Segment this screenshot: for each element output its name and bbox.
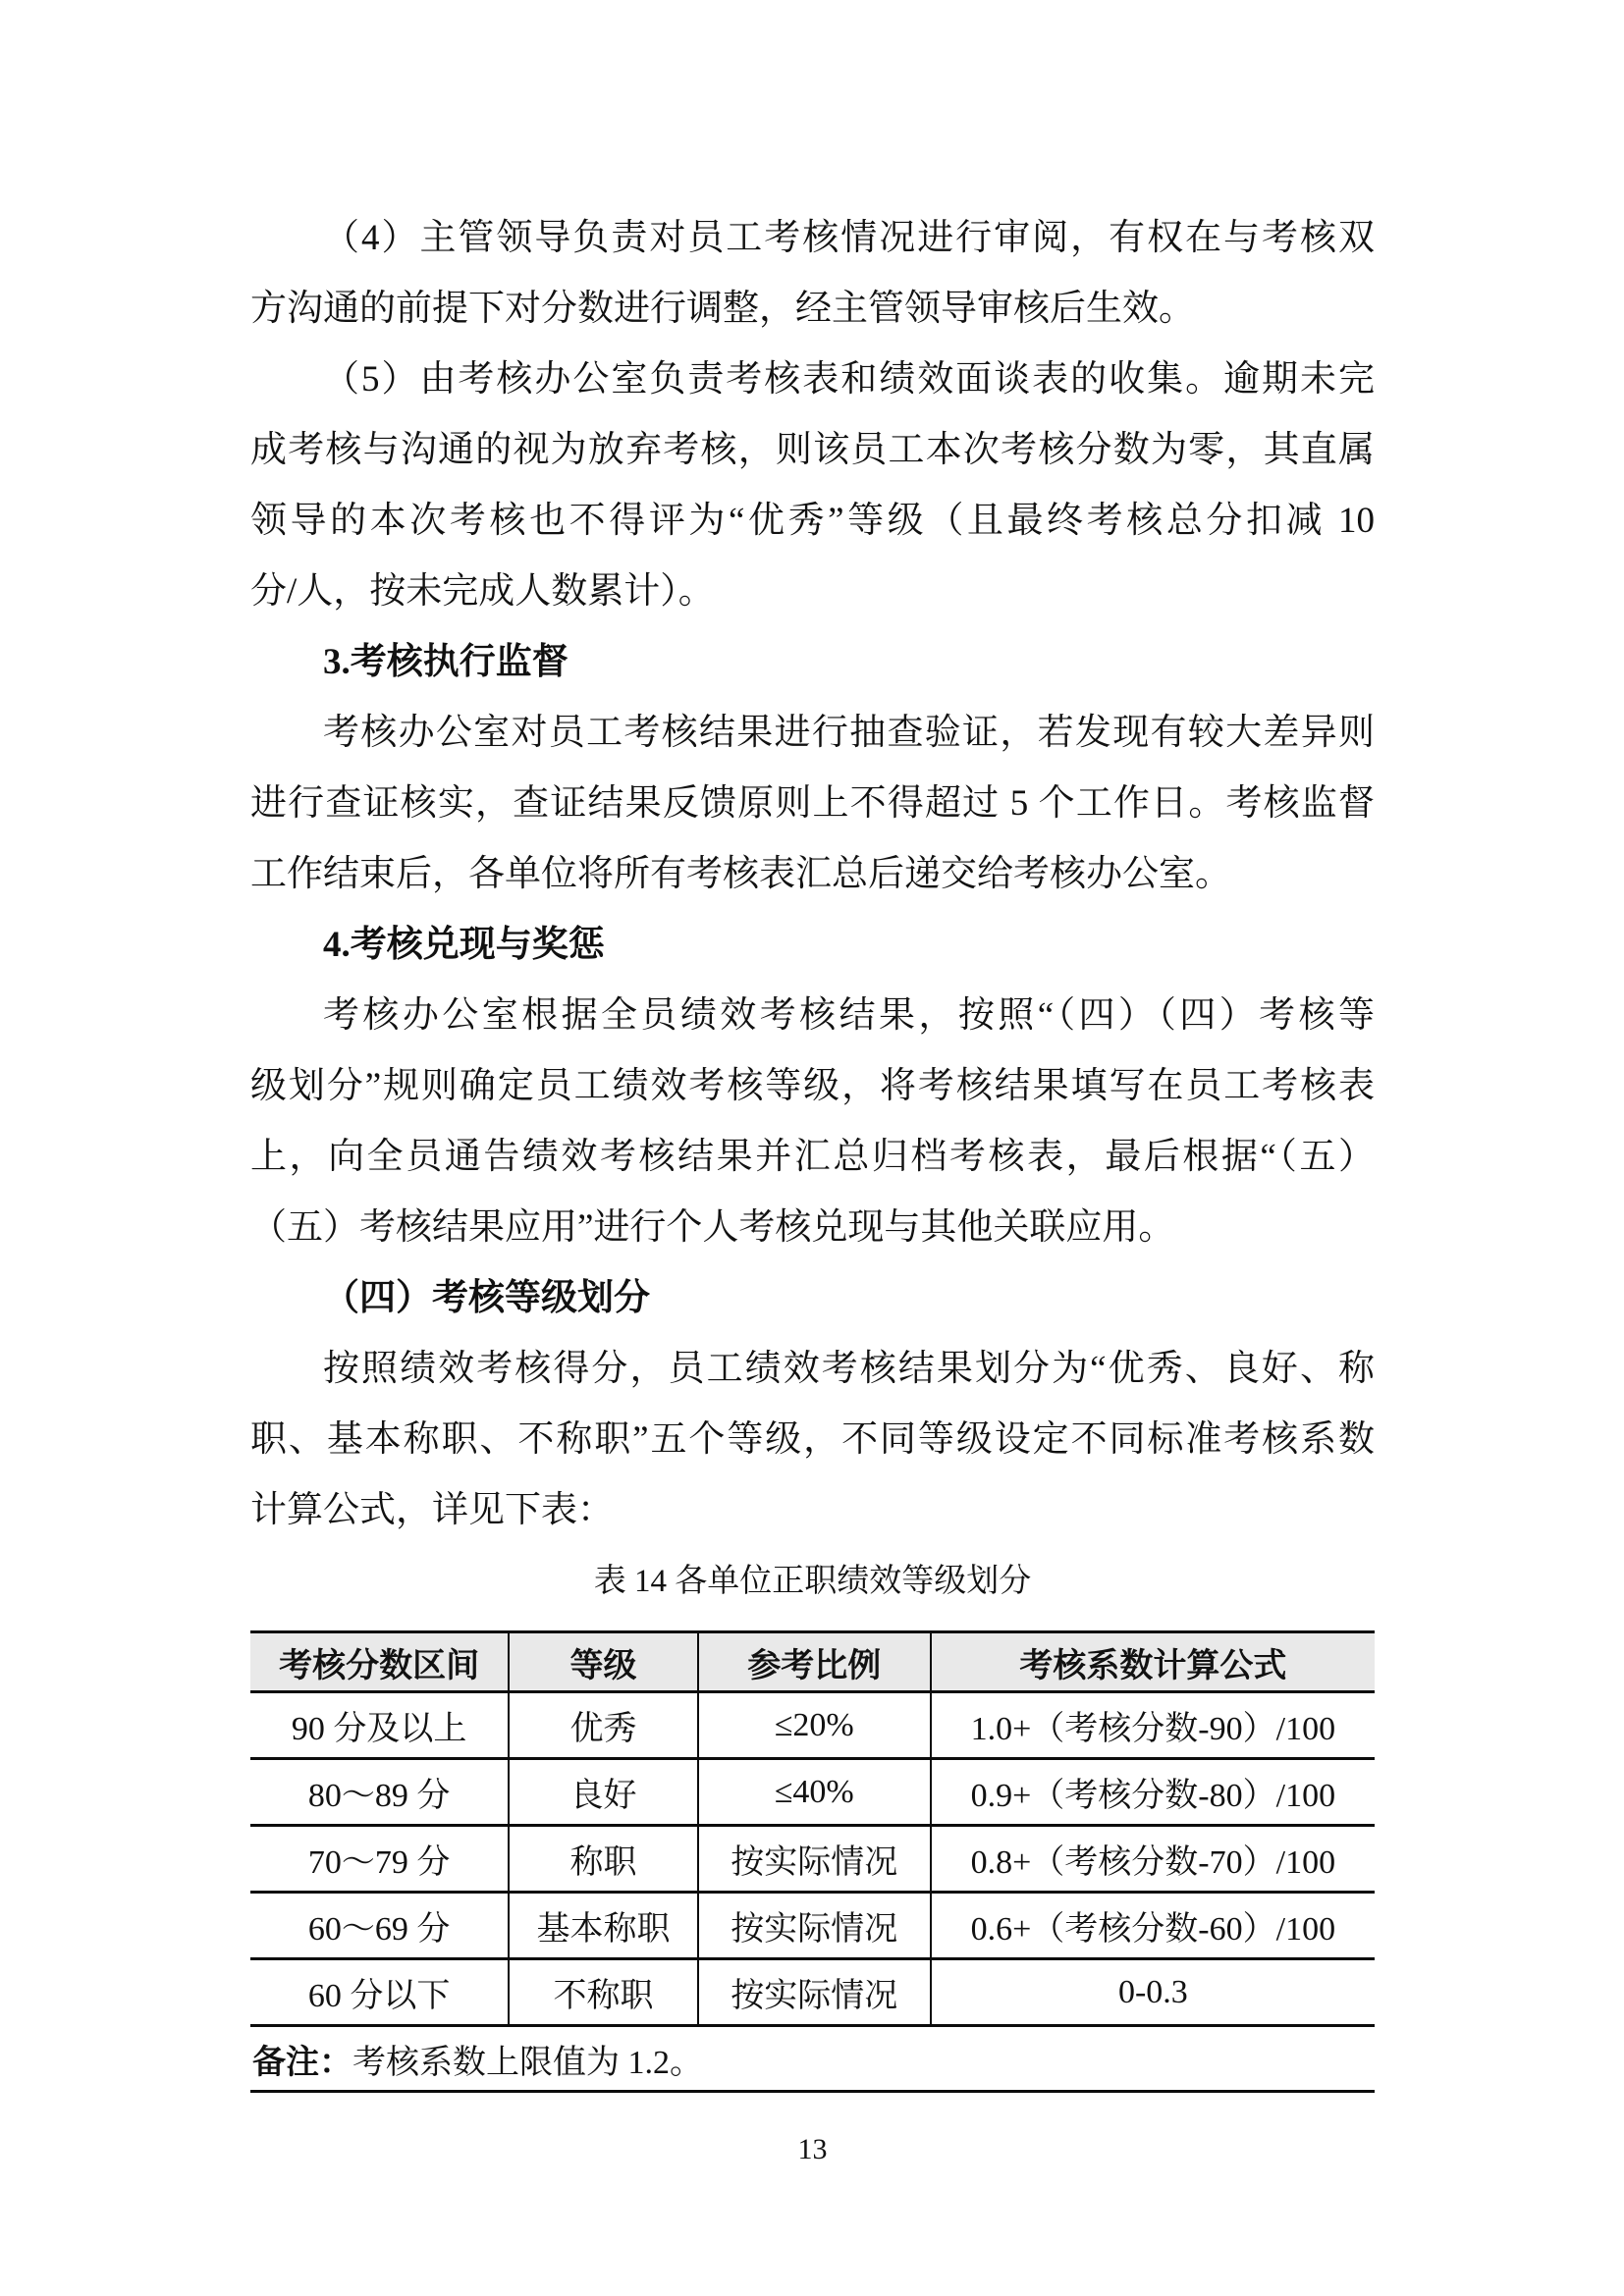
table-cell-grade: 良好 xyxy=(509,1759,697,1826)
body-line: 方沟通的前提下对分数进行调整，经主管领导审核后生效。 xyxy=(250,274,1375,345)
table-cell-ratio: ≤40% xyxy=(698,1759,931,1826)
body-line: 上，向全员通告绩效考核结果并汇总归档考核表，最后根据“（五） xyxy=(250,1122,1375,1193)
heading-execution-supervision: 3.考核执行监督 xyxy=(250,627,1375,698)
table-row: 60～69 分 基本称职 按实际情况 0.6+（考核分数-60）/100 xyxy=(250,1893,1375,1959)
table-cell-formula: 0-0.3 xyxy=(931,1959,1375,2026)
column-header-grade: 等级 xyxy=(509,1632,697,1692)
body-line: 职、基本称职、不称职”五个等级，不同等级设定不同标准考核系数 xyxy=(250,1405,1375,1475)
table-cell-ratio: ≤20% xyxy=(698,1692,931,1759)
table-row: 70～79 分 称职 按实际情况 0.8+（考核分数-70）/100 xyxy=(250,1826,1375,1893)
table-cell-score-range: 70～79 分 xyxy=(250,1826,509,1893)
table-cell-ratio: 按实际情况 xyxy=(698,1826,931,1893)
body-line: （5）由考核办公室负责考核表和绩效面谈表的收集。逾期未完 xyxy=(250,345,1375,415)
table-cell-score-range: 90 分及以上 xyxy=(250,1692,509,1759)
body-line: 计算公式，详见下表： xyxy=(250,1475,1375,1546)
body-line: 考核办公室根据全员绩效考核结果，按照“（四）（四）考核等 xyxy=(250,981,1375,1051)
table-cell-formula: 0.9+（考核分数-80）/100 xyxy=(931,1759,1375,1826)
body-line: （五）考核结果应用”进行个人考核兑现与其他关联应用。 xyxy=(250,1193,1375,1263)
table-header-row: 考核分数区间 等级 参考比例 考核系数计算公式 xyxy=(250,1632,1375,1692)
table-row: 90 分及以上 优秀 ≤20% 1.0+（考核分数-90）/100 xyxy=(250,1692,1375,1759)
heading-rewards-punishment: 4.考核兑现与奖惩 xyxy=(250,910,1375,981)
table-caption: 表 14 各单位正职绩效等级划分 xyxy=(250,1546,1375,1617)
note-text: 考核系数上限值为 1.2。 xyxy=(352,2045,703,2081)
table-note-cell: 备注：考核系数上限值为 1.2。 xyxy=(250,2026,1375,2092)
document-page: { "doc": { "lines": [ "（4）主管领导负责对员工考核情况进… xyxy=(0,0,1624,2296)
table-cell-score-range: 60～69 分 xyxy=(250,1893,509,1959)
table-cell-formula: 1.0+（考核分数-90）/100 xyxy=(931,1692,1375,1759)
table-cell-grade: 称职 xyxy=(509,1826,697,1893)
table-row: 60 分以下 不称职 按实际情况 0-0.3 xyxy=(250,1959,1375,2026)
body-line: 领导的本次考核也不得评为“优秀”等级（且最终考核总分扣减 10 xyxy=(250,486,1375,557)
heading-grade-division: （四）考核等级划分 xyxy=(250,1263,1375,1334)
table-cell-ratio: 按实际情况 xyxy=(698,1959,931,2026)
text-block: （4）主管领导负责对员工考核情况进行审阅，有权在与考核双 方沟通的前提下对分数进… xyxy=(0,0,1624,2167)
table-cell-grade: 优秀 xyxy=(509,1692,697,1759)
table-cell-ratio: 按实际情况 xyxy=(698,1893,931,1959)
table-cell-score-range: 80～89 分 xyxy=(250,1759,509,1826)
body-line: 级划分”规则确定员工绩效考核等级，将考核结果填写在员工考核表 xyxy=(250,1051,1375,1122)
table-row: 80～89 分 良好 ≤40% 0.9+（考核分数-80）/100 xyxy=(250,1759,1375,1826)
table-note-row: 备注：考核系数上限值为 1.2。 xyxy=(250,2026,1375,2092)
column-header-coefficient-formula: 考核系数计算公式 xyxy=(931,1632,1375,1692)
body-line: 按照绩效考核得分，员工绩效考核结果划分为“优秀、良好、称 xyxy=(250,1334,1375,1405)
page-number: 13 xyxy=(250,2132,1375,2167)
table-cell-grade: 不称职 xyxy=(509,1959,697,2026)
table-cell-score-range: 60 分以下 xyxy=(250,1959,509,2026)
body-line: （4）主管领导负责对员工考核情况进行审阅，有权在与考核双 xyxy=(250,203,1375,274)
body-line: 分/人，按未完成人数累计）。 xyxy=(250,557,1375,627)
table-cell-grade: 基本称职 xyxy=(509,1893,697,1959)
body-line: 考核办公室对员工考核结果进行抽查验证，若发现有较大差异则 xyxy=(250,698,1375,769)
column-header-score-range: 考核分数区间 xyxy=(250,1632,509,1692)
body-line: 进行查证核实，查证结果反馈原则上不得超过 5 个工作日。考核监督 xyxy=(250,769,1375,839)
note-label: 备注： xyxy=(252,2045,352,2081)
body-line: 成考核与沟通的视为放弃考核，则该员工本次考核分数为零，其直属 xyxy=(250,415,1375,486)
grade-division-table: 考核分数区间 等级 参考比例 考核系数计算公式 90 分及以上 优秀 ≤20% … xyxy=(250,1630,1375,2093)
table-cell-formula: 0.6+（考核分数-60）/100 xyxy=(931,1893,1375,1959)
body-line: 工作结束后，各单位将所有考核表汇总后递交给考核办公室。 xyxy=(250,839,1375,910)
table-cell-formula: 0.8+（考核分数-70）/100 xyxy=(931,1826,1375,1893)
column-header-reference-ratio: 参考比例 xyxy=(698,1632,931,1692)
